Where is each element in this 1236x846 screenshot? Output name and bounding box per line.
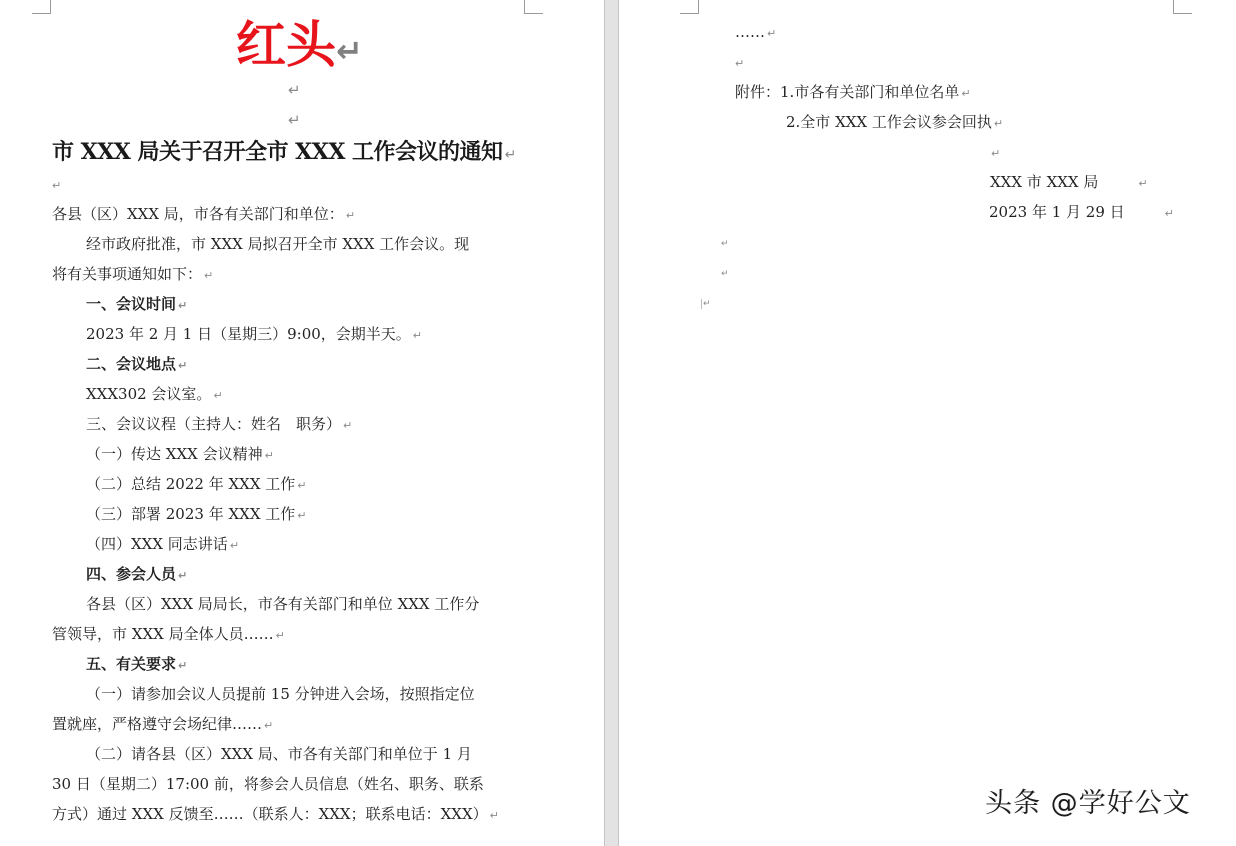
paragraph-mark-icon: ↵	[297, 509, 306, 522]
text-cursor-paragraph[interactable]: ↵	[699, 294, 711, 314]
section-heading-attendees[interactable]: 四、参会人员↵	[86, 564, 187, 586]
empty-paragraph[interactable]: ↵	[733, 52, 744, 74]
paragraph-mark-icon: ↵	[991, 147, 1000, 160]
agenda-item-text: （一）传达 XXX 会议精神	[86, 445, 263, 463]
meeting-place-text[interactable]: XXX302 会议室。↵	[86, 384, 223, 406]
body-text: ……	[735, 23, 765, 41]
attachment-1[interactable]: 附件：1.市各有关部门和单位名单↵	[735, 82, 971, 104]
intro-text: 将有关事项通知如下：	[52, 265, 202, 283]
heading-text: 一、会议时间	[86, 295, 176, 313]
agenda-item[interactable]: （二）总结 2022 年 XXX 工作↵	[86, 474, 307, 496]
margin-corner-mark	[1173, 0, 1192, 14]
requirement-2-line-1[interactable]: （二）请各县（区）XXX 局、市各有关部门和单位于 1 月	[86, 744, 472, 764]
agenda-item[interactable]: （三）部署 2023 年 XXX 工作↵	[86, 504, 307, 526]
salutation-text: 各县（区）XXX 局，市各有关部门和单位：	[52, 205, 344, 223]
section-heading-time[interactable]: 一、会议时间↵	[86, 294, 187, 316]
empty-paragraph[interactable]: ↵	[989, 142, 1000, 164]
paragraph-mark-icon: ↵	[276, 629, 285, 642]
document-title-text: 市 XXX 局关于召开全市 XXX 工作会议的通知	[52, 139, 503, 165]
body-text: 各县（区）XXX 局局长，市各有关部门和单位 XXX 工作分	[86, 595, 479, 613]
paragraph-mark-icon: ↵	[52, 179, 61, 192]
paragraph-mark-icon: ↵	[721, 269, 729, 279]
salutation[interactable]: 各县（区）XXX 局，市各有关部门和单位：↵	[52, 204, 355, 226]
body-text: （一）请参加会议人员提前 15 分钟进入会场，按照指定位	[86, 685, 475, 703]
attendees-line-2[interactable]: 管领导，市 XXX 局全体人员……↵	[52, 624, 285, 646]
red-header-title[interactable]: 红头↵	[236, 14, 363, 82]
signature-date-text: 2023 年 1 月 29 日	[989, 203, 1125, 221]
paragraph-mark-icon: ↵	[735, 57, 744, 70]
body-text: XXX302 会议室。	[86, 385, 211, 403]
paragraph-mark-icon: ↵	[178, 569, 187, 582]
margin-corner-mark	[524, 0, 543, 14]
signature-org-text: XXX 市 XXX 局	[990, 173, 1098, 191]
paragraph-mark-icon: ↵	[265, 449, 274, 462]
paragraph-mark-icon: ↵	[490, 809, 499, 822]
empty-paragraph[interactable]: ↵	[286, 80, 301, 100]
paragraph-mark-icon: ↵	[505, 147, 516, 163]
attachment-2[interactable]: 2.全市 XXX 工作会议参会回执↵	[786, 112, 1003, 134]
paragraph-mark-icon: ↵	[767, 27, 776, 40]
agenda-item-text: （三）部署 2023 年 XXX 工作	[86, 505, 295, 523]
paragraph-mark-icon: ↵	[1138, 177, 1147, 190]
heading-text: 二、会议地点	[86, 355, 176, 373]
attachments-label: 附件：	[735, 83, 780, 101]
agenda-item-text: （二）总结 2022 年 XXX 工作	[86, 475, 295, 493]
heading-text: 四、参会人员	[86, 565, 176, 583]
agenda-item[interactable]: （四）XXX 同志讲话↵	[86, 534, 239, 556]
paragraph-mark-icon: ↵	[288, 81, 301, 99]
paragraph-mark-icon: ↵	[346, 209, 355, 222]
paragraph-mark-icon: ↵	[213, 389, 222, 402]
empty-paragraph[interactable]: ↵	[50, 174, 61, 196]
continuation-line[interactable]: ……↵	[735, 22, 776, 44]
body-text: 2023 年 2 月 1 日（星期三）9:00，会期半天。	[86, 325, 411, 343]
paragraph-mark-icon: ↵	[701, 299, 711, 309]
body-text: 方式）通过 XXX 反馈至……（联系人：XXX；联系电话：XXX）	[52, 805, 488, 823]
paragraph-mark-icon: ↵	[204, 269, 213, 282]
paragraph-mark-icon: ↵	[343, 419, 352, 432]
paragraph-mark-icon: ↵	[178, 299, 187, 312]
paragraph-mark-icon: ↵	[178, 359, 187, 372]
paragraph-mark-icon: ↵	[1165, 207, 1174, 220]
paragraph-mark-icon: ↵	[994, 117, 1003, 130]
document-page-2: ……↵ ↵ 附件：1.市各有关部门和单位名单↵ 2.全市 XXX 工作会议参会回…	[619, 0, 1236, 846]
empty-paragraph[interactable]: ↵	[719, 234, 729, 254]
paragraph-mark-icon: ↵	[721, 239, 729, 249]
paragraph-mark-icon: ↵	[288, 111, 301, 129]
heading-text: 三、会议议程（主持人：姓名 职务）	[86, 415, 341, 433]
red-header-text: 红头	[236, 15, 336, 74]
paragraph-mark-icon: ↵	[178, 659, 187, 672]
empty-paragraph[interactable]: ↵	[286, 110, 301, 130]
intro-line-1[interactable]: 经市政府批准，市 XXX 局拟召开全市 XXX 工作会议。现	[86, 234, 469, 254]
heading-text: 五、有关要求	[86, 655, 176, 673]
paragraph-mark-icon: ↵	[264, 719, 273, 732]
section-heading-requirements[interactable]: 五、有关要求↵	[86, 654, 187, 676]
paragraph-mark-icon: ↵	[961, 87, 970, 100]
section-heading-place[interactable]: 二、会议地点↵	[86, 354, 187, 376]
body-text: 30 日（星期二）17:00 前，将参会人员信息（姓名、职务、联系	[52, 775, 484, 793]
document-title[interactable]: 市 XXX 局关于召开全市 XXX 工作会议的通知↵	[52, 138, 516, 169]
agenda-item[interactable]: （一）传达 XXX 会议精神↵	[86, 444, 274, 466]
meeting-time-text[interactable]: 2023 年 2 月 1 日（星期三）9:00，会期半天。↵	[86, 324, 422, 346]
attachment-text: 1.市各有关部门和单位名单	[780, 83, 959, 101]
paragraph-mark-icon: ↵	[413, 329, 422, 342]
intro-text: 经市政府批准，市 XXX 局拟召开全市 XXX 工作会议。现	[86, 235, 469, 253]
empty-paragraph[interactable]: ↵	[719, 264, 729, 284]
agenda-item-text: （四）XXX 同志讲话	[86, 535, 228, 553]
margin-corner-mark	[680, 0, 699, 14]
document-page-1: 红头↵ ↵ ↵ 市 XXX 局关于召开全市 XXX 工作会议的通知↵ ↵ 各县（…	[0, 0, 604, 846]
requirement-2-line-3[interactable]: 方式）通过 XXX 反馈至……（联系人：XXX；联系电话：XXX）↵	[52, 804, 499, 826]
paragraph-mark-icon: ↵	[336, 32, 363, 70]
body-text: 管领导，市 XXX 局全体人员……	[52, 625, 274, 643]
signature-date[interactable]: 2023 年 1 月 29 日↵	[989, 202, 1174, 224]
watermark: 头条 @学好公文	[985, 786, 1191, 822]
signature-organization[interactable]: XXX 市 XXX 局↵	[990, 172, 1148, 194]
requirement-2-line-2[interactable]: 30 日（星期二）17:00 前，将参会人员信息（姓名、职务、联系	[52, 774, 484, 794]
section-heading-agenda[interactable]: 三、会议议程（主持人：姓名 职务）↵	[86, 414, 352, 436]
requirement-1-line-1[interactable]: （一）请参加会议人员提前 15 分钟进入会场，按照指定位	[86, 684, 475, 704]
attendees-line-1[interactable]: 各县（区）XXX 局局长，市各有关部门和单位 XXX 工作分	[86, 594, 479, 614]
paragraph-mark-icon: ↵	[230, 539, 239, 552]
paragraph-mark-icon: ↵	[297, 479, 306, 492]
intro-line-2[interactable]: 将有关事项通知如下：↵	[52, 264, 213, 286]
body-text: 置就座，严格遵守会场纪律……	[52, 715, 262, 733]
page-separator	[604, 0, 619, 846]
requirement-1-line-2[interactable]: 置就座，严格遵守会场纪律……↵	[52, 714, 273, 736]
body-text: （二）请各县（区）XXX 局、市各有关部门和单位于 1 月	[86, 745, 472, 763]
margin-corner-mark	[32, 0, 51, 14]
attachment-text: 2.全市 XXX 工作会议参会回执	[786, 113, 992, 131]
